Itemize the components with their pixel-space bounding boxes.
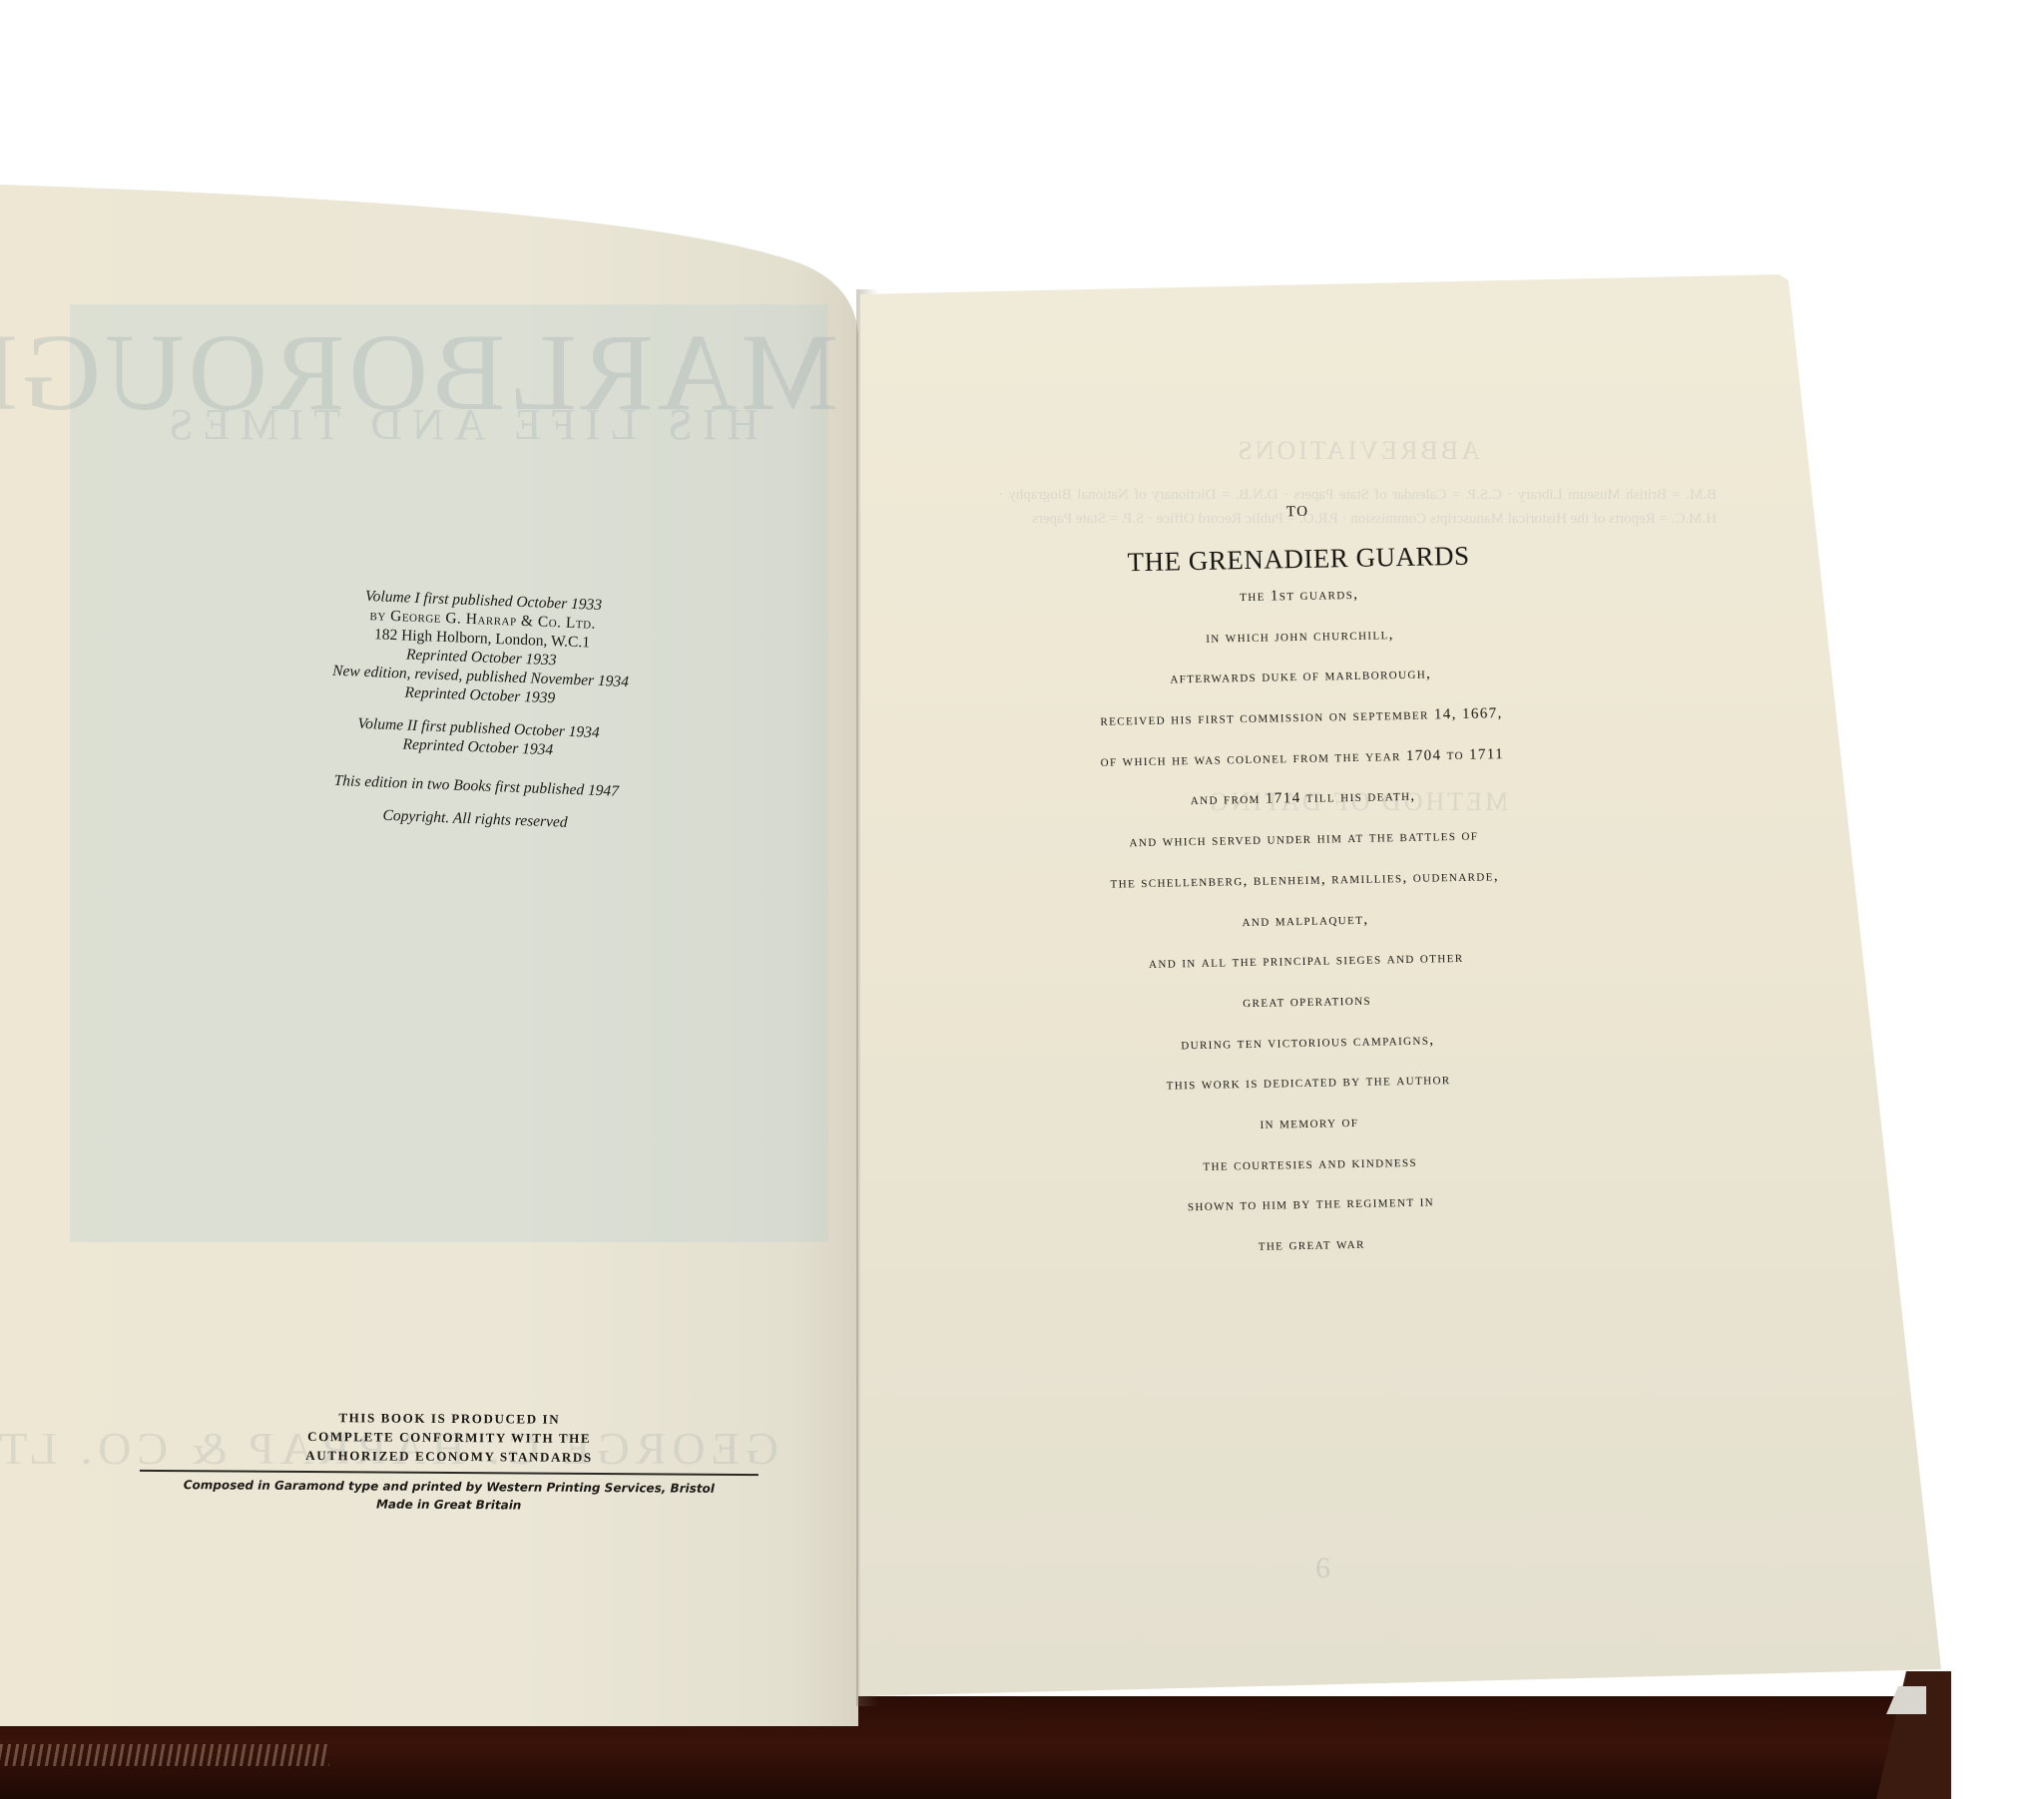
cover-gilt-edge: [0, 1744, 329, 1766]
dedication: TO THE GRENADIER GUARDS THE 1ST GUARDS, …: [958, 497, 1652, 1284]
copyright-imprint: Volume I first published October 1933 by…: [280, 584, 679, 836]
economy-standards-notice: THIS BOOK IS PRODUCED IN COMPLETE CONFOR…: [130, 1407, 769, 1516]
economy-line: AUTHORIZED ECONOMY STANDARDS: [130, 1445, 768, 1468]
showthrough-subtitle: HIS LIFE AND TIMES: [200, 399, 759, 450]
showthrough-page-number: 6: [1315, 1552, 1330, 1585]
showthrough-heading: ABBREVIATIONS: [998, 439, 1717, 463]
page-block-corner: [1886, 1686, 1926, 1714]
divider-rule: [140, 1470, 759, 1476]
